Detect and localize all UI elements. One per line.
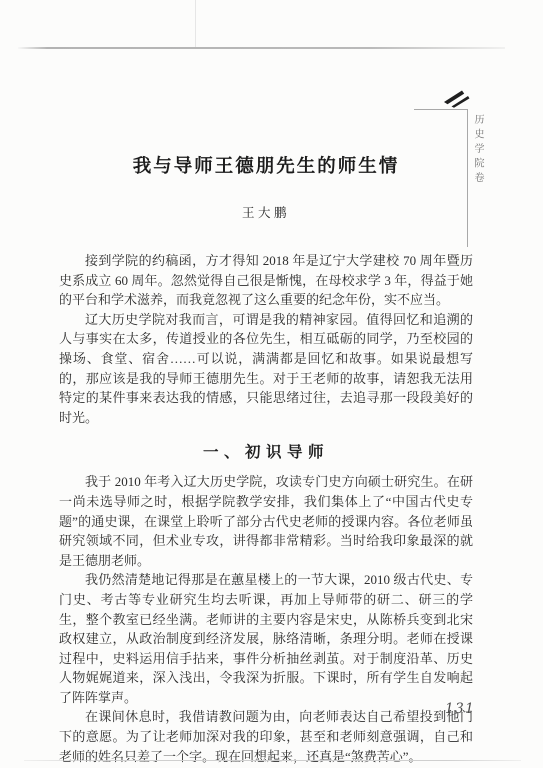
author-name: 王大鹏 (59, 203, 473, 221)
corner-rule-horizontal (414, 109, 468, 110)
intro-paragraph-2: 辽大历史学院对我而言，可谓是我的精神家园。值得回忆和追溯的人与事实在太多，传道授… (59, 310, 473, 428)
intro-paragraph-1: 接到学院的约稿函，方才得知 2018 年是辽宁大学建校 70 周年暨历史系成立 … (59, 251, 473, 310)
page-bottom-edge-shadow (24, 760, 521, 761)
page-number: 131 (445, 701, 475, 717)
section-paragraph-3: 在课间休息时，我借请教问题为由，向老师表达自己希望投到他门下的意愿。为了让老师加… (59, 707, 473, 766)
scanned-book-page: 历史学院卷 我与导师王德朋先生的师生情 王大鹏 接到学院的约稿函，方才得知 20… (0, 0, 543, 768)
section-heading: 一、初识导师 (59, 440, 473, 462)
section-paragraph-2: 我仍然清楚地记得那是在蕙星楼上的一节大课，2010 级古代史、专门史、考古等专业… (59, 570, 473, 707)
section-paragraph-1: 我于 2010 年考入辽大历史学院，攻读专门史方向硕士研究生。在研一尚未选导师之… (59, 472, 473, 570)
article-body: 接到学院的约稿函，方才得知 2018 年是辽宁大学建校 70 周年暨历史系成立 … (59, 251, 473, 766)
page-top-edge-shadow (18, 47, 505, 49)
page-title: 我与导师王德朋先生的师生情 (59, 152, 473, 178)
article: 我与导师王德朋先生的师生情 王大鹏 接到学院的约稿函，方才得知 2018 年是辽… (59, 152, 473, 766)
pen-icon (443, 87, 470, 108)
scan-fold-artifact (195, 0, 196, 47)
